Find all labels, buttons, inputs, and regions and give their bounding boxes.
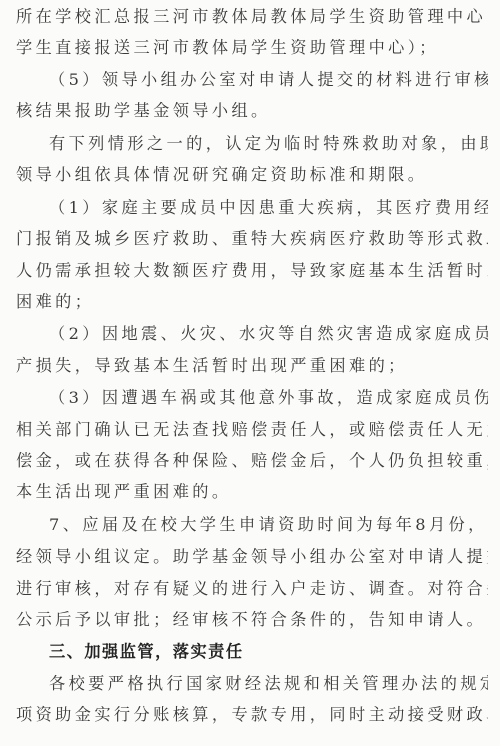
paragraph-line: （2）因地震、火灾、水灾等自然灾害造成家庭成员伤亡或财	[49, 324, 488, 344]
paragraph-line: 各校要严格执行国家财经法规和相关管理办法的规定，对各	[49, 674, 488, 694]
paragraph-line: 项资助金实行分账核算，专款专用，同时主动接受财政、审计、	[16, 705, 488, 725]
paragraph-line: 公示后予以审批；经审核不符合条件的，告知申请人。	[16, 610, 488, 630]
paragraph-line: 困难的；	[16, 292, 488, 312]
paragraph-line: 进行审核，对存有疑义的进行入户走访、调查。对符合条件的经	[16, 579, 488, 599]
paragraph-line: 本生活出现严重困难的。	[16, 482, 488, 502]
paragraph-line: 人仍需承担较大数额医疗费用，导致家庭基本生活暂时出现严重	[16, 261, 488, 281]
paragraph-line: 产损失，导致基本生活暂时出现严重困难的；	[16, 356, 488, 376]
paragraph-line: 偿金，或在获得各种保险、赔偿金后，个人仍负担较重，导致基	[16, 451, 488, 471]
paragraph-line: 门报销及城乡医疗救助、重特大疾病医疗救助等形式救助后，个	[16, 229, 488, 249]
paragraph-line: 7、应届及在校大学生申请资助时间为每年8月份，特殊情况	[49, 515, 488, 535]
paragraph-line: 学生直接报送三河市教体局学生资助管理中心）；	[16, 38, 488, 58]
section-heading: 三、加强监管，落实责任	[49, 642, 488, 662]
paragraph-line: （1）家庭主要成员中因患重大疾病，其医疗费用经市医保部	[49, 198, 488, 218]
paragraph-line: 经领导小组议定。助学基金领导小组办公室对申请人提交的资料	[16, 547, 488, 567]
paragraph-line: 相关部门确认已无法查找赔偿责任人，或赔偿责任人无力支付赔	[16, 420, 488, 440]
document-page: 所在学校汇总报三河市教体局教体局学生资助管理中心（往届大学生直接报送三河市教体局…	[0, 0, 500, 746]
paragraph-line: 有下列情形之一的，认定为临时特殊救助对象，由助学基金	[49, 134, 488, 154]
paragraph-line: （5）领导小组办公室对申请人提交的材料进行审核，并将审	[49, 70, 488, 90]
paragraph-line: （3）因遭遇车祸或其他意外事故，造成家庭成员伤亡，并经	[49, 388, 488, 408]
paragraph-line: 领导小组依具体情况研究确定资助标准和期限。	[16, 165, 488, 185]
paragraph-line: 核结果报助学基金领导小组。	[16, 101, 488, 121]
paragraph-line: 所在学校汇总报三河市教体局教体局学生资助管理中心（往届大	[16, 7, 488, 27]
